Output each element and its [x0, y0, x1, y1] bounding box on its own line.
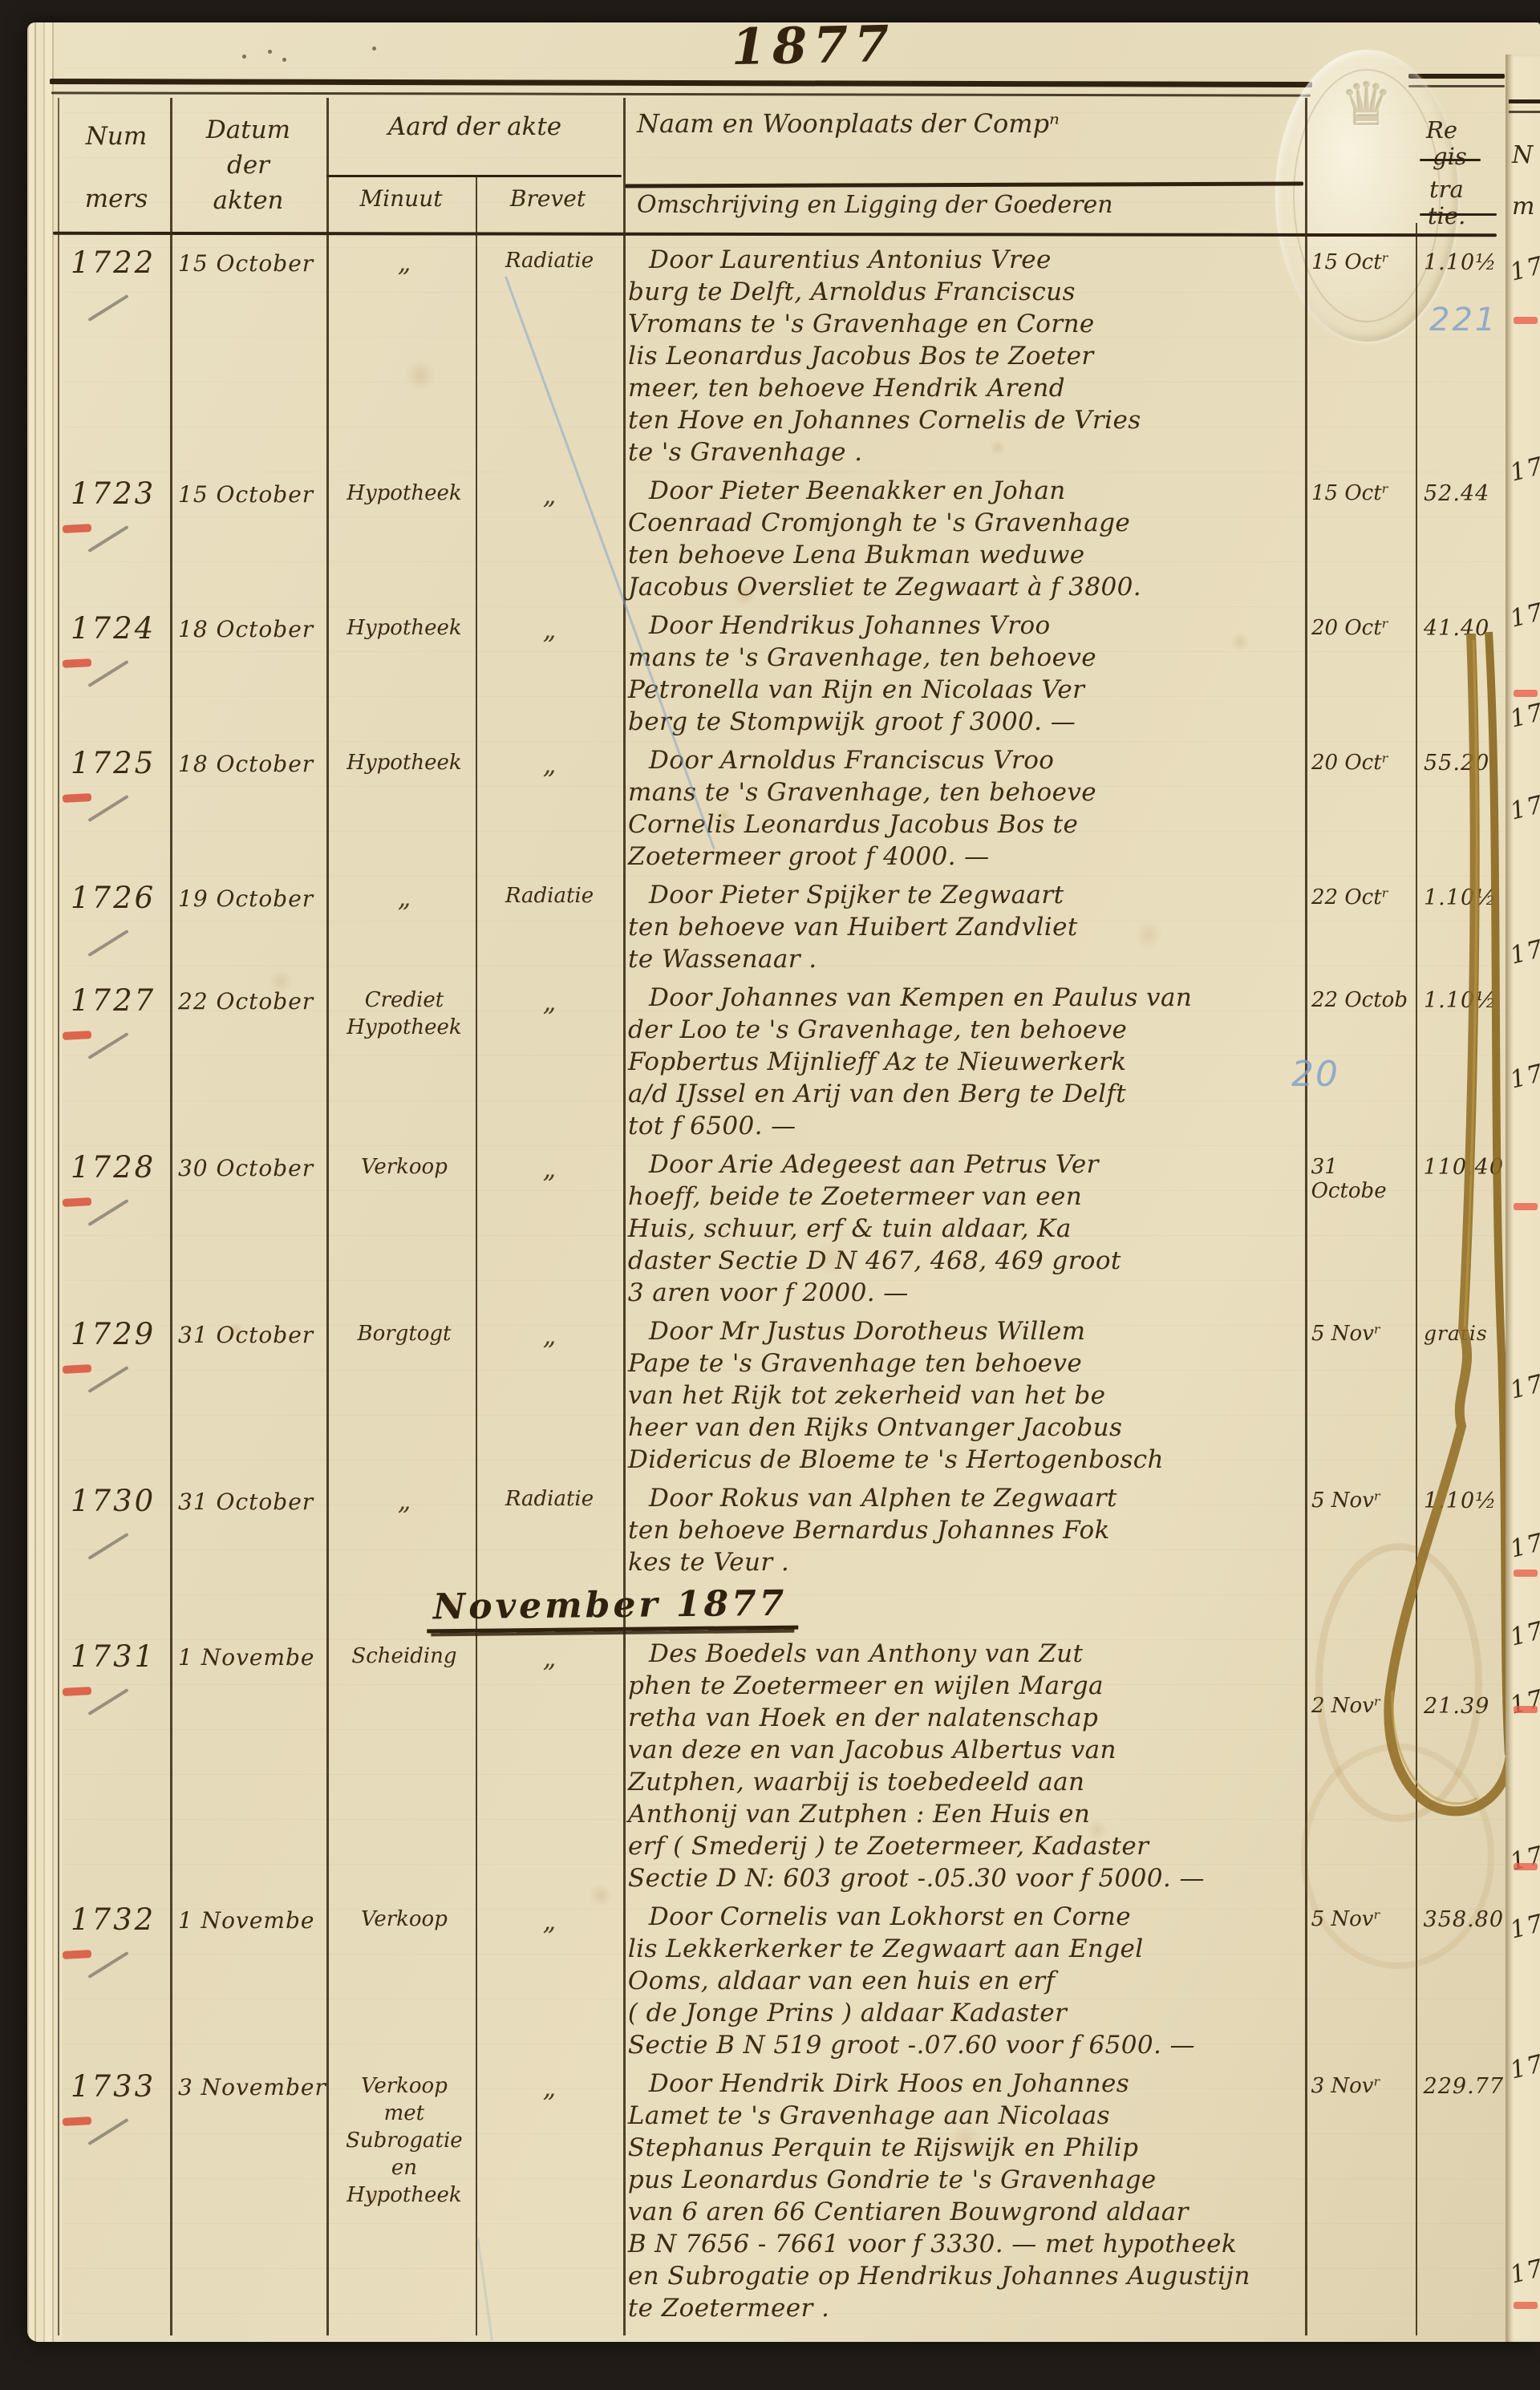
entry-number-text: 1730 [71, 1484, 156, 1518]
ledger-page: 1877 ♛ Num mers Datum der akten Aard der… [27, 22, 1540, 2342]
sliver-number: 17 [1507, 251, 1540, 286]
entry-text-line: en Subrogatie op Hendrikus Johannes Augu… [628, 2260, 1305, 2292]
entry-number: 1723 [58, 475, 170, 511]
sliver-number: 17 [1507, 934, 1540, 970]
entry-number: 1728 [58, 1148, 170, 1185]
pencil-slash-mark [87, 525, 128, 553]
sliver-red-dash [1514, 317, 1538, 324]
red-tick-mark [63, 1687, 91, 1696]
entry-brevet: „ [476, 475, 623, 510]
entry-text-line: retha van Hoek en der nalatenschap [628, 1702, 1305, 1734]
ledger-entry-row: 1728 30 October Verkoop „ Door Arie Adeg… [58, 1148, 1504, 1309]
red-tick-mark [63, 658, 91, 668]
entry-minuut: „ [326, 244, 476, 278]
entry-number: 1725 [58, 744, 170, 780]
sliver-number: 17 [1507, 2049, 1540, 2084]
entry-text-line: Door Mr Justus Dorotheus Willem [628, 1315, 1305, 1347]
entry-text-line: Door Pieter Spijker te Zegwaart [628, 879, 1305, 911]
ditto-mark: „ [543, 749, 557, 780]
entry-registration-date: 5 Novʳ [1305, 1315, 1416, 1346]
ditto-mark: „ [543, 1643, 557, 1673]
entry-date: 15 October [170, 244, 326, 277]
ledger-entry-row: 1732 1 Novembe Verkoop „ Door Cornelis v… [58, 1901, 1504, 2061]
pencil-slash-mark [87, 1199, 128, 1226]
entry-minuut: Scheiding [326, 1638, 476, 1670]
pencil-slash-mark [87, 1032, 128, 1059]
sliver-number: 17 [1507, 1684, 1540, 1720]
ditto-mark: „ [543, 2072, 557, 2103]
entry-date: 18 October [170, 744, 326, 777]
entry-date: 15 October [170, 475, 326, 508]
sliver-top-rule-2 [1509, 111, 1540, 113]
entry-description: Des Boedels van Anthony van Zutphen te Z… [623, 1638, 1305, 1894]
entry-text-line: Ooms, aldaar van een huis en erf [628, 1965, 1305, 1997]
entry-date: 1 Novembe [170, 1901, 326, 1934]
column-header-registratie: Re gis tra tie. [1426, 117, 1498, 229]
entry-text-line: erf ( Smederij ) te Zoetermeer, Kadaster [628, 1830, 1305, 1862]
ledger-entry-row: 1733 3 November VerkoopmetSubrogatieenHy… [58, 2068, 1504, 2324]
entry-text-line: Fopbertus Mijnlieff Az te Nieuwerkerk [628, 1046, 1305, 1078]
entry-registration-fee: 52.44 [1416, 475, 1504, 506]
entry-text-line: burg te Delft, Arnoldus Franciscus [628, 276, 1305, 308]
entry-text-line: berg te Stompwijk groot f 3000. — [628, 706, 1305, 738]
foxing-spot [733, 584, 756, 606]
entry-brevet: „ [476, 1315, 623, 1351]
entry-date: 30 October [170, 1148, 326, 1181]
entry-description: Door Pieter Beenakker en JohanCoenraad C… [623, 475, 1305, 603]
foxing-spot [813, 1242, 849, 1277]
entry-description: Door Rokus van Alphen te Zegwaartten beh… [623, 1482, 1305, 1578]
entry-number: 1733 [58, 2068, 170, 2104]
foxing-spot [717, 808, 731, 823]
red-tick-mark [63, 1031, 91, 1040]
entry-number: 1727 [58, 982, 170, 1018]
ledger-entry-row: 1730 31 October „ Radiatie Door Rokus va… [58, 1482, 1504, 1578]
entry-registration-fee: 55.20 [1416, 744, 1504, 776]
entry-number-text: 1731 [71, 1639, 156, 1674]
entry-text-line: Door Hendrik Dirk Hoos en Johannes [628, 2068, 1305, 2100]
entry-minuut: CredietHypotheek [326, 982, 476, 1041]
entry-text-line: mans te 's Gravenhage, ten behoeve [628, 642, 1305, 674]
sliver-number: 17 [1507, 1841, 1540, 1876]
entry-date: 31 October [170, 1315, 326, 1348]
entry-date: 3 November [170, 2068, 326, 2100]
red-tick-mark [63, 1364, 91, 1374]
column-header-aard: Aard der akte [334, 109, 615, 144]
entry-text-line: Door Arie Adegeest aan Petrus Ver [628, 1148, 1305, 1181]
sliver-red-dash [1514, 2302, 1538, 2309]
sliver-red-dash [1514, 1203, 1538, 1210]
minuut-line: Crediet [333, 986, 476, 1014]
entry-description: Door Mr Justus Dorotheus WillemPape te '… [623, 1315, 1305, 1476]
entry-date: 18 October [170, 610, 326, 642]
entry-registration-fee: gratis [1416, 1315, 1504, 1345]
red-tick-mark [63, 793, 91, 803]
entry-minuut: „ [326, 879, 476, 913]
minuut-line: met [333, 2100, 476, 2127]
entry-number-text: 1732 [71, 1902, 156, 1937]
entry-text-line: Sectie B N 519 groot -.07.60 voor f 6500… [628, 2029, 1305, 2061]
entry-text-line: Door Hendrikus Johannes Vroo [628, 610, 1305, 642]
ledger-entry-row: 1727 22 October CredietHypotheek „ Door … [58, 982, 1504, 1142]
entry-registration-fee: 110.40 [1416, 1148, 1504, 1180]
entry-brevet: Radiatie [476, 879, 623, 908]
entry-brevet: „ [476, 2068, 623, 2103]
entry-text-line: hoeff, beide te Zoetermeer van een [628, 1181, 1305, 1213]
entry-text-line: te 's Gravenhage . [628, 436, 1305, 468]
entry-number: 1730 [58, 1482, 170, 1518]
entry-registration-fee: 1.10½ [1416, 982, 1504, 1013]
entry-number-text: 1727 [71, 983, 156, 1018]
entry-minuut: Borgtogt [326, 1315, 476, 1347]
foxing-spot [1134, 921, 1163, 950]
entry-number: 1732 [58, 1901, 170, 1937]
entry-text-line: Jacobus Oversliet te Zegwaart à f 3800. [628, 571, 1305, 603]
year-title: 1877 [588, 11, 1038, 79]
entry-minuut: Hypotheek [326, 610, 476, 642]
entry-date: 1 Novembe [170, 1638, 326, 1671]
entry-description: Door Pieter Spijker te Zegwaartten behoe… [623, 879, 1305, 975]
sliver-number: 17 [1507, 452, 1540, 487]
foxing-spot [404, 359, 436, 391]
entry-text-line: te Zoetermeer . [628, 2292, 1305, 2324]
pencil-slash-mark [87, 930, 128, 957]
ditto-mark: „ [398, 882, 411, 913]
month-header: November 1877 [58, 1585, 1540, 1631]
registratie-underline [1420, 213, 1497, 216]
entry-text-line: lis Lekkerkerker te Zegwaart aan Engel [628, 1933, 1305, 1965]
entry-text-line: van deze en van Jacobus Albertus van [628, 1734, 1305, 1766]
entry-registration-date: 15 Octʳ [1305, 475, 1416, 505]
red-tick-mark [63, 1197, 91, 1207]
sliver-number: 17 [1507, 597, 1540, 633]
entry-text-line: Door Laurentius Antonius Vree [628, 244, 1305, 276]
entry-text-line: Didericus de Bloeme te 's Hertogenbosch [628, 1444, 1305, 1476]
entry-minuut: Verkoop [326, 1901, 476, 1933]
blue-stamp-221: 221 [1429, 302, 1497, 338]
sliver-number: 17 [1507, 698, 1540, 733]
foxing-spot [589, 1883, 613, 1907]
ditto-mark: „ [543, 480, 557, 510]
ledger-entry-row: 1724 18 October Hypotheek „ Door Hendrik… [58, 610, 1504, 738]
entry-text-line: Coenraad Cromjongh te 's Gravenhage [628, 507, 1305, 539]
sliver-header-fragment: N [1512, 141, 1533, 169]
entry-registration-date: 20 Octʳ [1305, 744, 1416, 775]
ledger-entry-row: 1725 18 October Hypotheek „ Door Arnoldu… [58, 744, 1504, 873]
sliver-number: 17 [1507, 1369, 1540, 1404]
entry-number: 1726 [58, 879, 170, 915]
entry-brevet: „ [476, 1638, 623, 1673]
month-header-text: November 1877 [427, 1583, 799, 1634]
entry-date: 31 October [170, 1482, 326, 1515]
entry-text-line: Door Pieter Beenakker en Johan [628, 475, 1305, 507]
registratie-mid-line [1420, 159, 1481, 161]
entry-registration-date: 5 Novʳ [1305, 1482, 1416, 1513]
entry-text-line: Door Rokus van Alphen te Zegwaart [628, 1482, 1305, 1514]
entry-text-line: der Loo te 's Gravenhage, ten behoeve [628, 1014, 1305, 1046]
entry-minuut: Hypotheek [326, 744, 476, 776]
entry-registration-date: 22 Octʳ [1305, 879, 1416, 909]
entry-minuut: Hypotheek [326, 475, 476, 507]
entry-brevet: Radiatie [476, 244, 623, 273]
entry-brevet: Radiatie [476, 1482, 623, 1511]
entry-description: Door Johannes van Kempen en Paulus vande… [623, 982, 1305, 1142]
scanned-ledger-screenshot: { "page": { "year_title": "1877", "month… [0, 0, 1540, 2390]
ditto-mark: „ [543, 1320, 557, 1351]
sliver-header-fragment: m [1512, 192, 1534, 221]
entry-text-line: Zutphen, waarbij is toebedeeld aan [628, 1766, 1305, 1798]
pencil-slash-mark [87, 294, 128, 322]
entry-number-text: 1725 [71, 746, 156, 780]
entry-number: 1722 [58, 244, 170, 280]
minuut-line: Verkoop [333, 2072, 476, 2100]
pencil-slash-mark [87, 1366, 128, 1393]
sliver-number: 17 [1507, 2254, 1540, 2289]
minuut-line: Hypotheek [333, 2181, 476, 2209]
entry-minuut: VerkoopmetSubrogatieenHypotheek [326, 2068, 476, 2209]
entry-text-line: Vromans te 's Gravenhage en Corne [628, 308, 1305, 340]
entry-text-line: Des Boedels van Anthony van Zut [628, 1638, 1305, 1670]
red-tick-mark [63, 1950, 91, 1959]
entry-text-line: van het Rijk tot zekerheid van het be [628, 1379, 1305, 1412]
entry-text-line: Door Cornelis van Lokhorst en Corne [628, 1901, 1305, 1933]
ledger-entry-row: 1722 15 October „ Radiatie Door Laurenti… [58, 244, 1504, 468]
sliver-number: 17 [1507, 790, 1540, 825]
entry-number-text: 1728 [71, 1150, 156, 1185]
entry-brevet: „ [476, 982, 623, 1017]
entry-text-line: Door Arnoldus Franciscus Vroo [628, 744, 1305, 776]
entry-number-text: 1723 [71, 476, 156, 511]
entry-registration-fee: 1.10½ [1416, 879, 1504, 910]
blue-stamp-20: 20 [1291, 1054, 1339, 1095]
entry-description: Door Laurentius Antonius Vreeburg te Del… [623, 244, 1305, 468]
entry-date: 19 October [170, 879, 326, 912]
entry-registration-fee: 229.77 [1416, 2068, 1504, 2099]
aard-underline [326, 175, 622, 177]
entry-number: 1724 [58, 610, 170, 646]
entry-text-line: heer van den Rijks Ontvanger Jacobus [628, 1412, 1305, 1444]
ditto-mark: „ [543, 614, 557, 645]
entry-registration-date: 22 Octob [1305, 982, 1416, 1012]
entry-text-line: 3 aren voor f 2000. — [628, 1277, 1305, 1309]
entry-text-line: phen te Zoetermeer en wijlen Marga [628, 1670, 1305, 1702]
entry-text-line: Anthonij van Zutphen : Een Huis en [628, 1798, 1305, 1830]
sliver-red-dash [1514, 690, 1538, 697]
entry-registration-date: 15 Octʳ [1305, 244, 1416, 274]
column-header-datum: Datum der akten [178, 112, 318, 218]
entry-registration-date: 20 Octʳ [1305, 610, 1416, 640]
foxing-spot [228, 1322, 244, 1338]
sliver-number: 17 [1507, 1909, 1540, 1944]
entry-registration-fee: 1.10½ [1416, 1482, 1504, 1513]
entry-text-line: mans te 's Gravenhage, ten behoeve [628, 776, 1305, 808]
entry-text-line: Pape te 's Gravenhage ten behoeve [628, 1347, 1305, 1379]
column-header-brevet: Brevet [480, 181, 615, 217]
pencil-slash-mark [87, 1951, 128, 1979]
entry-text-line: daster Sectie D N 467, 468, 469 groot [628, 1245, 1305, 1277]
entry-text-line: meer, ten behoeve Hendrik Arend [628, 372, 1305, 404]
foxing-spot [990, 440, 1006, 456]
column-header-nummers: Num mers [69, 119, 164, 217]
pencil-slash-mark [87, 1533, 128, 1560]
entry-text-line: Huis, schuur, erf & tuin aldaar, Ka [628, 1213, 1305, 1245]
column-header-naam: Naam en Woonplaats der Compⁿ [637, 106, 1303, 141]
entry-number-text: 1733 [71, 2069, 156, 2104]
red-tick-mark [63, 2117, 91, 2126]
ditto-mark: „ [543, 1906, 557, 1936]
top-rule-2 [51, 91, 1311, 96]
entry-text-line: Petronella van Rijn en Nicolaas Ver [628, 674, 1305, 706]
entry-text-line: ( de Jonge Prins ) aldaar Kadaster [628, 1997, 1305, 2029]
minuut-line: en [333, 2154, 476, 2181]
entry-registration-date: 3 Novʳ [1305, 2068, 1416, 2098]
entry-text-line: Zoetermeer groot f 4000. — [628, 841, 1305, 873]
entry-description: Door Cornelis van Lokhorst en Cornelis L… [623, 1901, 1305, 2061]
foxing-spot [444, 1594, 464, 1614]
entry-text-line: pus Leonardus Gondrie te 's Gravenhage [628, 2164, 1305, 2196]
sliver-red-dash [1514, 1863, 1538, 1870]
ditto-mark: „ [543, 986, 557, 1017]
entry-text-line: Door Johannes van Kempen en Paulus van [628, 982, 1305, 1014]
entry-brevet: „ [476, 1148, 623, 1184]
entry-text-line: ten behoeve Lena Bukman weduwe [628, 539, 1305, 571]
entry-brevet: „ [476, 744, 623, 780]
foxing-spot [1230, 632, 1250, 651]
entry-number: 1731 [58, 1638, 170, 1674]
entry-registration-fee: 41.40 [1416, 610, 1504, 641]
entry-number-text: 1726 [71, 881, 156, 915]
entry-text-line: te Wassenaar . [628, 943, 1305, 975]
entry-text-line: tot f 6500. — [628, 1110, 1305, 1142]
pencil-slash-mark [87, 795, 128, 822]
ledger-entry-row: 1726 19 October „ Radiatie Door Pieter S… [58, 879, 1504, 975]
entry-description: Door Arie Adegeest aan Petrus Verhoeff, … [623, 1148, 1305, 1309]
entry-text-line: ten Hove en Johannes Cornelis de Vries [628, 404, 1305, 436]
entry-number: 1729 [58, 1315, 170, 1351]
minuut-line: Subrogatie [333, 2127, 476, 2154]
foxing-spot [268, 969, 294, 994]
sliver-number: 17 [1507, 1059, 1540, 1094]
ditto-mark: „ [398, 1485, 411, 1516]
entry-minuut: „ [326, 1482, 476, 1517]
entry-brevet: „ [476, 610, 623, 645]
entry-number-text: 1722 [71, 245, 156, 280]
sliver-red-dash [1514, 1570, 1538, 1577]
ledger-rows: 1722 15 October „ Radiatie Door Laurenti… [58, 244, 1504, 2331]
entry-registration-fee: 1.10½ [1416, 244, 1504, 275]
red-tick-mark [63, 524, 91, 533]
entry-text-line: van 6 aren 66 Centiaren Bouwgrond aldaar [628, 2196, 1305, 2228]
entry-text-line: lis Leonardus Jacobus Bos te Zoeter [628, 340, 1305, 372]
entry-number-text: 1724 [71, 611, 156, 646]
ditto-mark: „ [543, 1153, 557, 1184]
entry-text-line: Sectie D N: 603 groot -.05.30 voor f 500… [628, 1862, 1305, 1894]
foxing-spot [950, 2124, 982, 2156]
pencil-slash-mark [87, 1688, 128, 1716]
entry-text-line: a/d IJssel en Arij van den Berg te Delft [628, 1078, 1305, 1110]
sliver-number: 17 [1507, 1616, 1540, 1651]
sliver-number: 17 [1507, 1528, 1540, 1563]
foxing-spot [1086, 1819, 1108, 1841]
entry-number-text: 1729 [71, 1317, 156, 1351]
column-header-minuut: Minuut [334, 181, 468, 217]
minuut-line: Hypotheek [333, 1014, 476, 1041]
column-header-omschrijving: Omschrijving en Ligging der Goederen [637, 188, 1303, 223]
top-rule-1 [50, 79, 1312, 87]
ledger-entry-row: 1731 1 Novembe Scheiding „ Des Boedels v… [58, 1638, 1504, 1894]
pencil-slash-mark [87, 660, 128, 687]
entry-text-line: ten behoeve van Huibert Zandvliet [628, 911, 1305, 943]
entry-description: Door Hendrikus Johannes Vroomans te 's G… [623, 610, 1305, 738]
entry-minuut: Verkoop [326, 1148, 476, 1181]
entry-description: Door Hendrik Dirk Hoos en JohannesLamet … [623, 2068, 1305, 2324]
sliver-red-dash [1514, 1706, 1538, 1713]
entry-text-line: ten behoeve Bernardus Johannes Fok [628, 1514, 1305, 1546]
stain-ring [1301, 1744, 1494, 1969]
ledger-entry-row: 1729 31 October Borgtogt „ Door Mr Justu… [58, 1315, 1504, 1476]
ditto-mark: „ [398, 247, 411, 277]
entry-text-line: kes te Veur . [628, 1546, 1305, 1578]
entry-text-line: B N 7656 - 7661 voor f 3330. — met hypot… [628, 2228, 1305, 2260]
foxing-spot [364, 2188, 383, 2207]
pencil-slash-mark [87, 2118, 128, 2145]
sliver-top-rule [1509, 99, 1540, 103]
ledger-entry-row: 1723 15 October Hypotheek „ Door Pieter … [58, 475, 1504, 603]
next-page-sliver: Nm171717171717171717171717171717 [1506, 55, 1540, 2342]
entry-registration-date: 31 Octobe [1305, 1148, 1416, 1203]
entry-date: 22 October [170, 982, 326, 1015]
